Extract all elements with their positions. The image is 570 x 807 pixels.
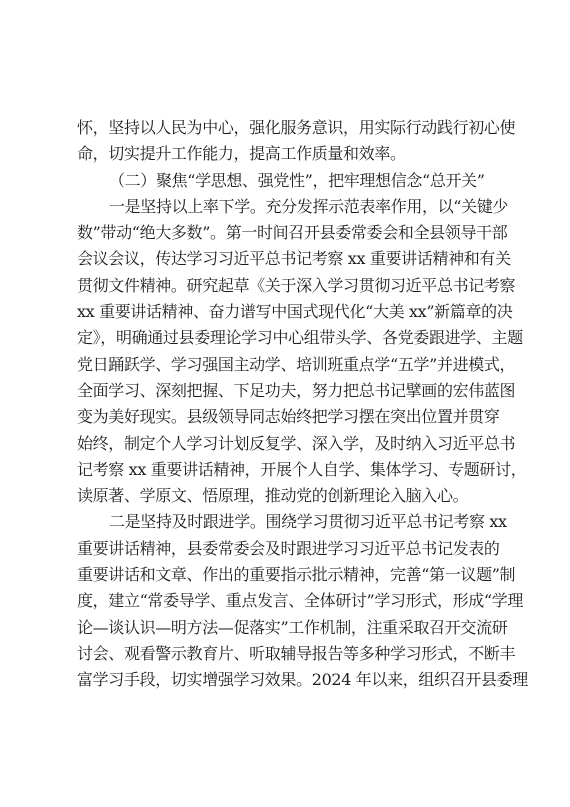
text-line: 全面学习、深刻把握、下足功夫，努力把总书记擘画的宏伟蓝图 <box>77 378 497 404</box>
text-line: 读原著、学原文、悟原理，推动党的创新理论入脑入心。 <box>77 483 497 509</box>
text-line: 始终，制定个人学习计划反复学、深入学，及时纳入习近平总书 <box>77 431 497 457</box>
text-line: 怀，坚持以人民为中心，强化服务意识，用实际行动践行初心使 <box>77 115 497 141</box>
text-line: 数”带动“绝大多数”。第一时间召开县委常委会和全县领导干部 <box>77 220 497 246</box>
text-line: 变为美好现实。县级领导同志始终把学习摆在突出位置并贯穿 <box>77 404 497 430</box>
text-line: 命，切实提升工作能力，提高工作质量和效率。 <box>77 141 497 167</box>
text-line: 会议会议，传达学习习近平总书记考察 xx 重要讲话精神和有关 <box>77 246 497 272</box>
text-line: 重要讲话和文章、作出的重要指示批示精神，完善“第一议题”制 <box>77 562 497 588</box>
document-body: 怀，坚持以人民为中心，强化服务意识，用实际行动践行初心使 命，切实提升工作能力，… <box>77 115 497 694</box>
text-line: 富学习手段，切实增强学习效果。2024 年以来，组织召开县委理 <box>77 667 497 693</box>
paragraph-start: 二是坚持及时跟进学。围绕学习贯彻习近平总书记考察 xx <box>77 509 497 535</box>
text-line: 记考察 xx 重要讲话精神，开展个人自学、集体学习、专题研讨， <box>77 457 497 483</box>
section-heading: （二）聚焦“学思想、强党性”，把牢理想信念“总开关” <box>77 168 497 194</box>
text-line: 讨会、观看警示教育片、听取辅导报告等多种学习形式，不断丰 <box>77 641 497 667</box>
text-line: 论—谈认识—明方法—促落实”工作机制，注重采取召开交流研 <box>77 615 497 641</box>
text-line: 度，建立“常委导学、重点发言、全体研讨”学习形式，形成“学理 <box>77 588 497 614</box>
document-page: 怀，坚持以人民为中心，强化服务意识，用实际行动践行初心使 命，切实提升工作能力，… <box>0 0 570 807</box>
paragraph-start: 一是坚持以上率下学。充分发挥示范表率作用，以“关键少 <box>77 194 497 220</box>
text-line: 贯彻文件精神。研究起草《关于深入学习贯彻习近平总书记考察 <box>77 273 497 299</box>
text-line: 定》，明确通过县委理论学习中心组带头学、各党委跟进学、主题 <box>77 325 497 351</box>
text-line: 党日踊跃学、学习强国主动学、培训班重点学“五学”并进模式， <box>77 352 497 378</box>
text-line: xx 重要讲话精神、奋力谱写中国式现代化“大美 xx”新篇章的决 <box>77 299 497 325</box>
text-line: 重要讲话精神，县委常委会及时跟进学习习近平总书记发表的 <box>77 536 497 562</box>
